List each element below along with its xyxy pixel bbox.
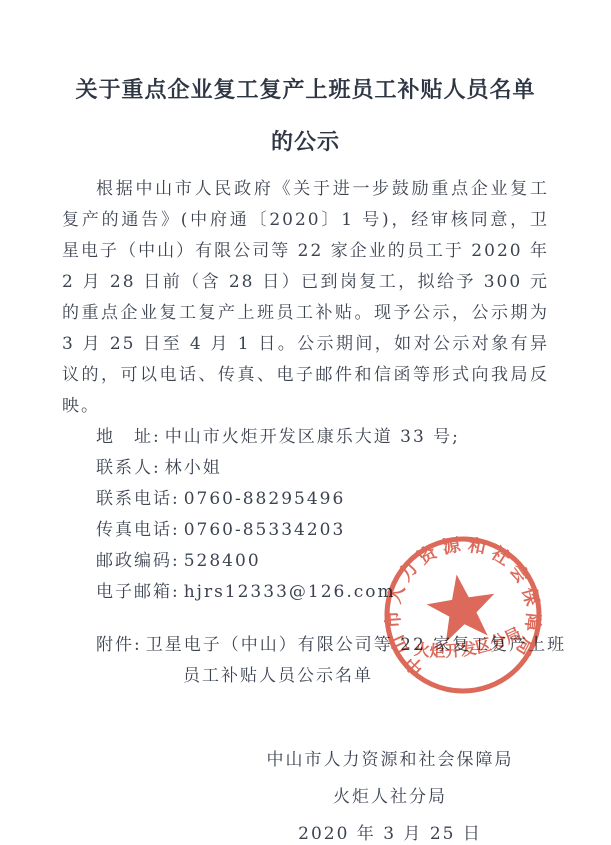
signature-block: 中山市人力资源和社会保障局 火炬人社分局 2020 年 3 月 25 日	[240, 742, 540, 845]
attachment-line-2: 员工补贴人员公示名单	[62, 661, 549, 692]
attachment-text: 卫星电子（中山）有限公司等 22 家复工复产上班	[146, 635, 566, 655]
contact-line-postcode: 邮政编码:528400	[62, 546, 549, 577]
attachment-label: 附件:	[96, 635, 142, 655]
contact-line-email: 电子邮箱:hjrs12333@126.com	[62, 577, 549, 608]
contact-label: 邮政编码:	[96, 551, 180, 571]
document-title: 关于重点企业复工复产上班员工补贴人员名单 的公示	[62, 64, 549, 168]
title-line-2: 的公示	[62, 116, 549, 168]
attachment-block: 附件:卫星电子（中山）有限公司等 22 家复工复产上班 员工补贴人员公示名单	[62, 630, 549, 692]
contact-label: 联系人:	[96, 458, 161, 478]
signature-date: 2020 年 3 月 25 日	[240, 816, 540, 845]
title-line-1: 关于重点企业复工复产上班员工补贴人员名单	[62, 64, 549, 116]
body-paragraph: 根据中山市人民政府《关于进一步鼓励重点企业复工复产的通告》(中府通〔2020〕1…	[62, 174, 549, 422]
attachment-line-1: 附件:卫星电子（中山）有限公司等 22 家复工复产上班	[62, 630, 549, 661]
contact-label: 地 址:	[96, 427, 161, 447]
contact-line-person: 联系人:林小姐	[62, 453, 549, 484]
contact-value: 528400	[184, 551, 261, 571]
contact-label: 电子邮箱:	[96, 582, 180, 602]
signature-org: 中山市人力资源和社会保障局	[240, 742, 540, 779]
contact-value: 0760-88295496	[184, 489, 346, 509]
signature-branch: 火炬人社分局	[240, 779, 540, 816]
contact-value: 0760-85334203	[184, 520, 346, 540]
contact-line-phone: 联系电话:0760-88295496	[62, 484, 549, 515]
contact-value: 中山市火炬开发区康乐大道 33 号;	[165, 427, 460, 447]
contact-label: 传真电话:	[96, 520, 180, 540]
document-page: 关于重点企业复工复产上班员工补贴人员名单 的公示 根据中山市人民政府《关于进一步…	[0, 0, 611, 845]
contact-value: hjrs12333@126.com	[184, 582, 396, 602]
contact-block: 地 址:中山市火炬开发区康乐大道 33 号; 联系人:林小姐 联系电话:0760…	[62, 422, 549, 608]
contact-line-fax: 传真电话:0760-85334203	[62, 515, 549, 546]
contact-line-address: 地 址:中山市火炬开发区康乐大道 33 号;	[62, 422, 549, 453]
contact-value: 林小姐	[165, 458, 222, 478]
contact-label: 联系电话:	[96, 489, 180, 509]
